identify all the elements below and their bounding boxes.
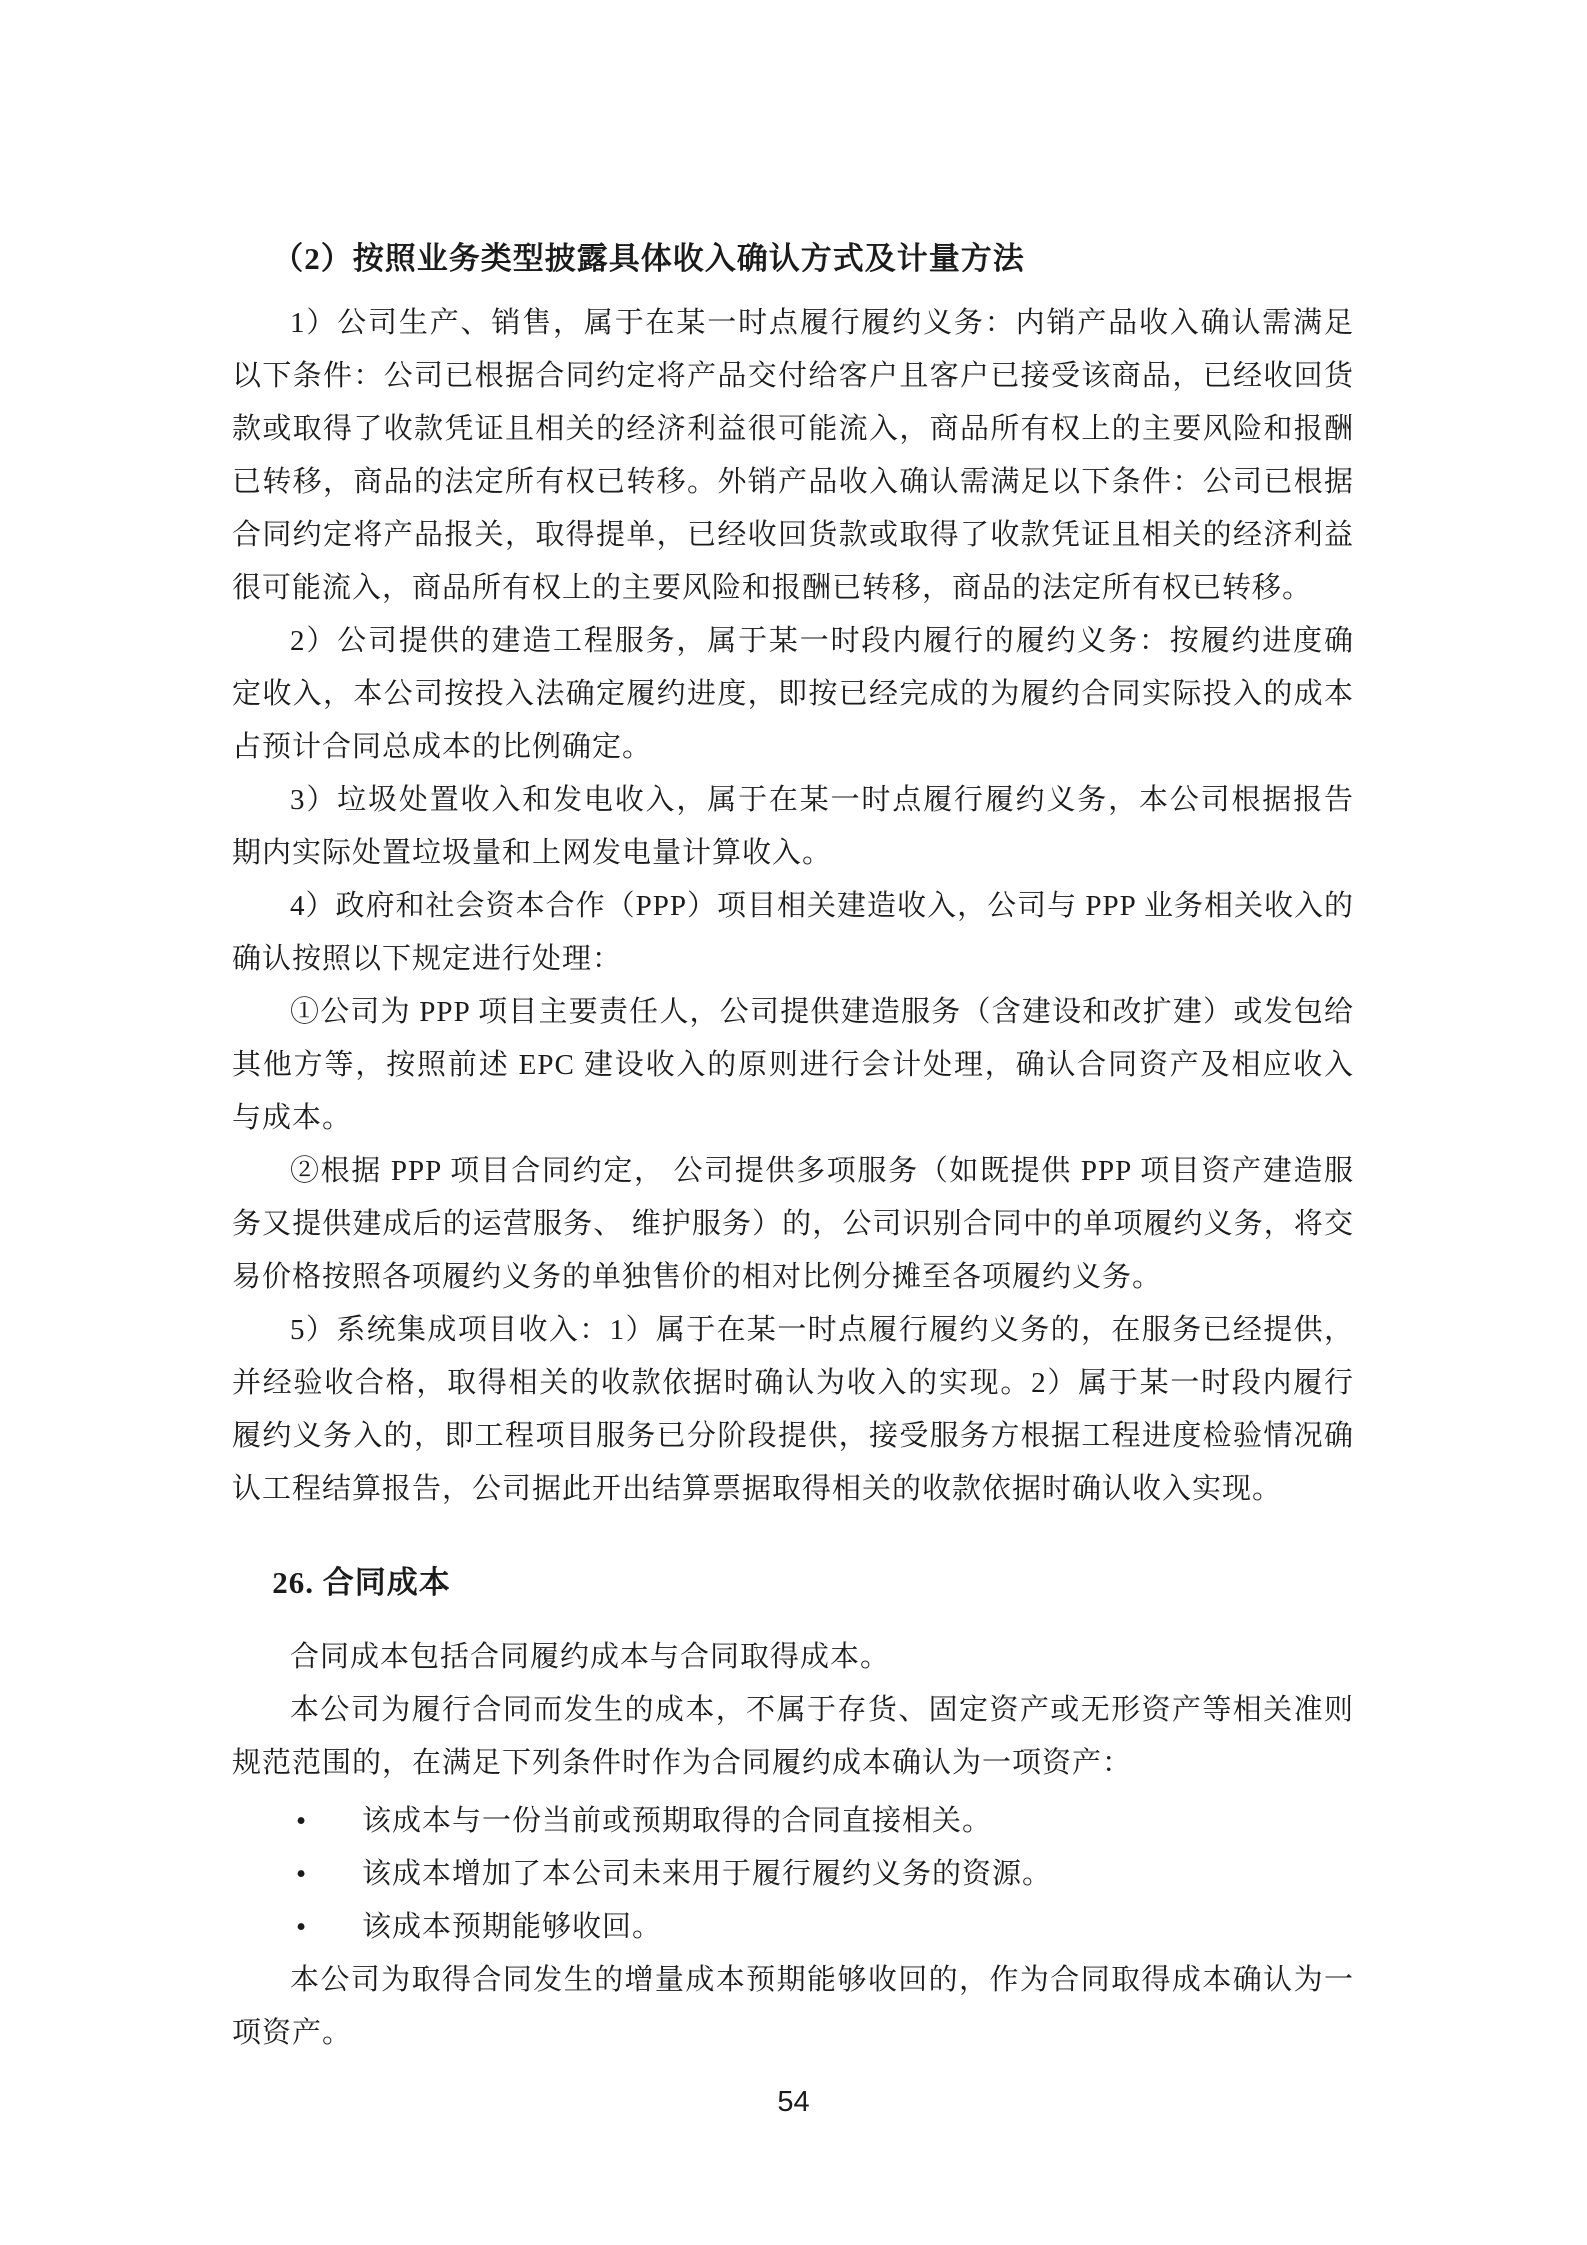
- bullet-dot-icon: •: [296, 1901, 307, 1954]
- paragraph-1: 1）公司生产、销售，属于在某一时点履行履约义务：内销产品收入确认需满足以下条件：…: [232, 297, 1354, 615]
- paragraph-5: ①公司为 PPP 项目主要责任人，公司提供建造服务（含建设和改扩建）或发包给其他…: [232, 986, 1354, 1145]
- bullet-item: • 该成本预期能够收回。: [232, 1901, 1354, 1954]
- paragraph-3: 3）垃圾处置收入和发电收入，属于在某一时点履行履约义务，本公司根据报告期内实际处…: [232, 774, 1354, 880]
- document-page: （2）按照业务类型披露具体收入确认方式及计量方法 1）公司生产、销售，属于在某一…: [0, 0, 1587, 2245]
- bullet-item-text: 该成本与一份当前或预期取得的合同直接相关。: [362, 1805, 992, 1837]
- bullet-dot-icon: •: [296, 1795, 307, 1848]
- section-heading-contract-cost: 26. 合同成本: [232, 1556, 1354, 1609]
- document-content: （2）按照业务类型披露具体收入确认方式及计量方法 1）公司生产、销售，属于在某一…: [232, 232, 1354, 2060]
- paragraph-6: ②根据 PPP 项目合同约定， 公司提供多项服务（如既提供 PPP 项目资产建造…: [232, 1145, 1354, 1304]
- paragraph-10: 本公司为取得合同发生的增量成本预期能够收回的，作为合同取得成本确认为一项资产。: [232, 1954, 1354, 2060]
- section-heading-revenue-recognition: （2）按照业务类型披露具体收入确认方式及计量方法: [232, 232, 1354, 285]
- bullet-item: • 该成本增加了本公司未来用于履行履约义务的资源。: [232, 1848, 1354, 1901]
- bullet-item-text: 该成本增加了本公司未来用于履行履约义务的资源。: [362, 1858, 1052, 1890]
- paragraph-7: 5）系统集成项目收入：1）属于在某一时点履行履约义务的，在服务已经提供，并经验收…: [232, 1304, 1354, 1516]
- bullet-dot-icon: •: [296, 1848, 307, 1901]
- page-number: 54: [0, 2086, 1587, 2119]
- paragraph-2: 2）公司提供的建造工程服务，属于某一时段内履行的履约义务：按履约进度确定收入，本…: [232, 615, 1354, 774]
- bullet-list: • 该成本与一份当前或预期取得的合同直接相关。 • 该成本增加了本公司未来用于履…: [232, 1795, 1354, 1954]
- bullet-item: • 该成本与一份当前或预期取得的合同直接相关。: [232, 1795, 1354, 1848]
- paragraph-9: 本公司为履行合同而发生的成本，不属于存货、固定资产或无形资产等相关准则规范范围的…: [232, 1684, 1354, 1790]
- paragraph-8: 合同成本包括合同履约成本与合同取得成本。: [232, 1631, 1354, 1684]
- bullet-item-text: 该成本预期能够收回。: [362, 1911, 662, 1943]
- paragraph-4: 4）政府和社会资本合作（PPP）项目相关建造收入，公司与 PPP 业务相关收入的…: [232, 880, 1354, 986]
